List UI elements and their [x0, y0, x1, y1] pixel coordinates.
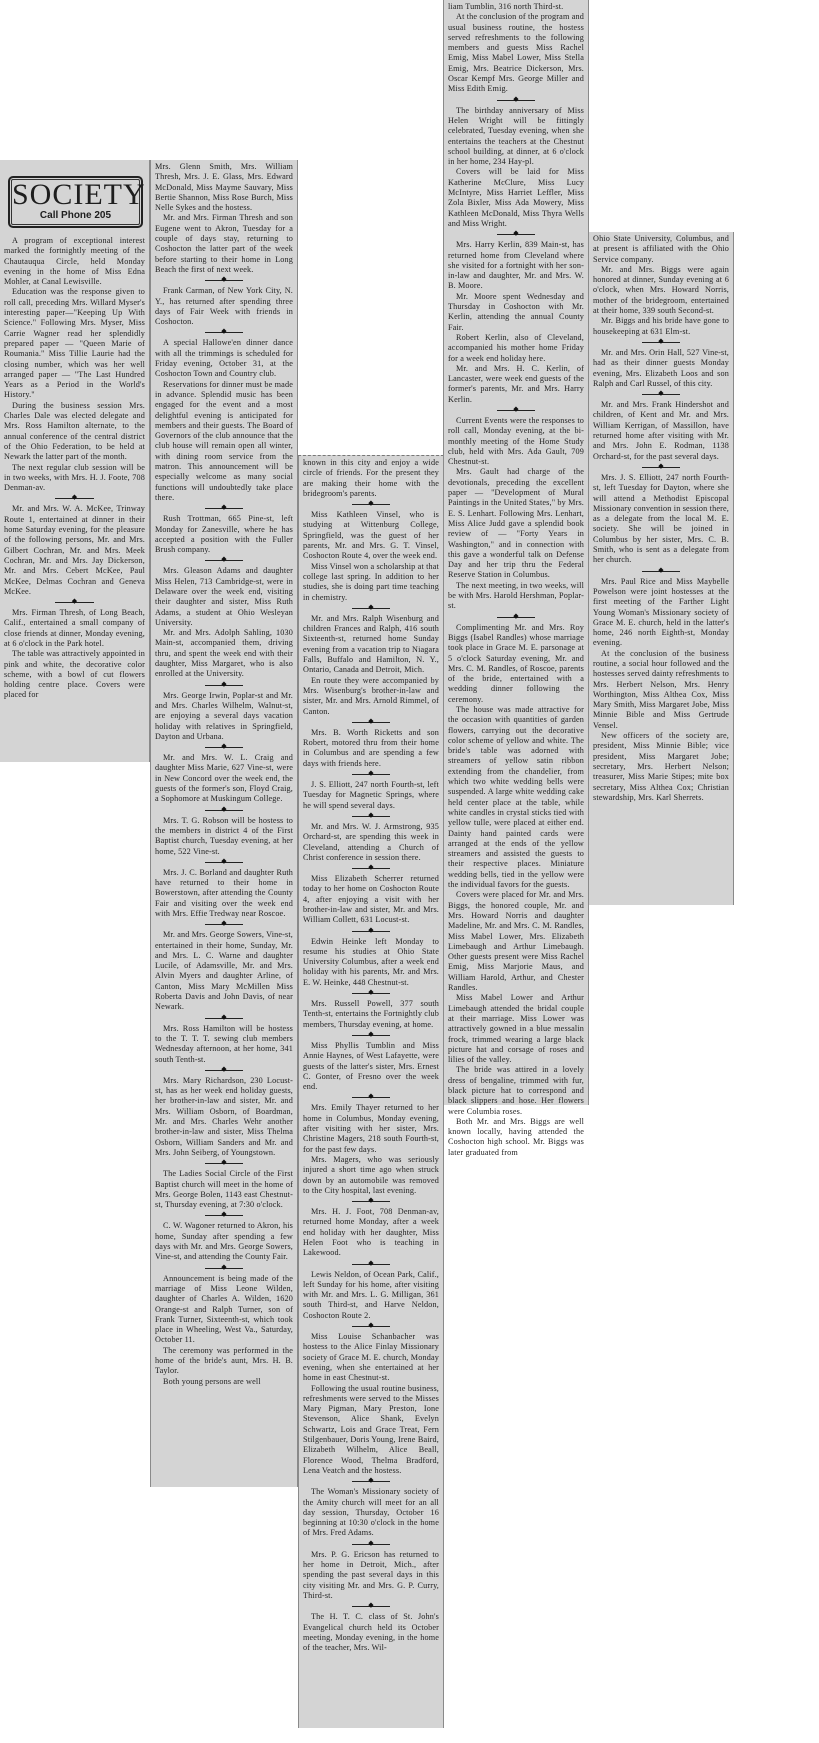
article-paragraph: Covers were placed for Mr. and Mrs. Bigg… — [448, 890, 584, 993]
article-paragraph: Miss Louise Schanbacher was hostess to t… — [303, 1332, 439, 1383]
article-separator — [448, 406, 584, 415]
article-paragraph: J. S. Elliott, 247 north Fourth-st, left… — [303, 780, 439, 811]
article-paragraph: Mr. and Mrs. Biggs were again honored at… — [593, 265, 729, 316]
article-paragraph: A program of exceptional interest marked… — [4, 236, 145, 287]
article-paragraph: Education was the response given to roll… — [4, 287, 145, 400]
article-paragraph: Mrs. Gleason Adams and daughter Miss Hel… — [155, 566, 293, 628]
article-paragraph: Mrs. Mary Richardson, 230 Locust-st, has… — [155, 1076, 293, 1158]
article-separator — [303, 1093, 439, 1102]
article-paragraph: Miss Phyllis Tumblin and Miss Annie Hayn… — [303, 1041, 439, 1092]
article-separator — [593, 338, 729, 347]
article-paragraph: Miss Elizabeth Scherrer returned today t… — [303, 874, 439, 925]
article-separator — [303, 1197, 439, 1206]
article-paragraph: C. W. Wagoner returned to Akron, his hom… — [155, 1221, 293, 1262]
article-separator — [303, 604, 439, 613]
article-paragraph: Mrs. B. Worth Ricketts and son Robert, m… — [303, 728, 439, 769]
article-paragraph: The birthday anniversary of Miss Helen W… — [448, 106, 584, 168]
column-2-body: Mrs. Glenn Smith, Mrs. William Thresh, M… — [155, 162, 293, 1387]
article-paragraph: The next regular club session will be in… — [4, 463, 145, 494]
article-paragraph: Mr. and Mrs. Firman Thresh and son Eugen… — [155, 213, 293, 275]
article-separator — [593, 567, 729, 576]
article-paragraph: Mrs. Glenn Smith, Mrs. William Thresh, M… — [155, 162, 293, 213]
article-paragraph: En route they were accompanied by Mrs. W… — [303, 676, 439, 717]
article-paragraph: The bride was attired in a lovely dress … — [448, 1065, 584, 1116]
article-paragraph: A special Hallowe'en dinner dance with a… — [155, 338, 293, 379]
article-paragraph: Mrs. P. G. Ericson has returned to her h… — [303, 1550, 439, 1601]
article-paragraph: Mr. Biggs and his bride have gone to hou… — [593, 316, 729, 337]
article-paragraph: Mrs. George Irwin, Poplar-st and Mr. and… — [155, 691, 293, 742]
article-paragraph: The table was attractively appointed in … — [4, 649, 145, 700]
article-paragraph: Ohio State University, Columbus, and at … — [593, 234, 729, 265]
column-1-body: A program of exceptional interest marked… — [4, 236, 145, 701]
article-separator — [155, 1066, 293, 1075]
article-paragraph: Mrs. Harry Kerlin, 839 Main-st, has retu… — [448, 240, 584, 291]
article-paragraph: Mrs. Firman Thresh, of Long Beach, Calif… — [4, 608, 145, 649]
column-5-body: Ohio State University, Columbus, and at … — [593, 234, 729, 803]
article-paragraph: Mr. and Mrs. W. L. Craig and daughter Mi… — [155, 753, 293, 804]
article-paragraph: Lewis Neldon, of Ocean Park, Calif., lef… — [303, 1270, 439, 1321]
article-paragraph: Mr. and Mrs. H. C. Kerlin, of Lancaster,… — [448, 364, 584, 405]
article-separator — [303, 864, 439, 873]
article-separator — [448, 613, 584, 622]
article-paragraph: liam Tumblin, 316 north Third-st. — [448, 2, 584, 12]
article-paragraph: Miss Mabel Lower and Arthur Limebaugh at… — [448, 993, 584, 1065]
article-paragraph: The Ladies Social Circle of the First Ba… — [155, 1169, 293, 1210]
article-separator — [303, 927, 439, 936]
article-separator — [593, 463, 729, 472]
column-2: Mrs. Glenn Smith, Mrs. William Thresh, M… — [150, 160, 298, 1487]
article-separator — [155, 328, 293, 337]
article-separator — [303, 500, 439, 509]
article-separator — [303, 1602, 439, 1611]
article-paragraph: Mrs. Emily Thayer returned to her home i… — [303, 1103, 439, 1154]
column-1: SOCIETY Call Phone 205 A program of exce… — [0, 160, 150, 762]
article-paragraph: The Woman's Missionary society of the Am… — [303, 1487, 439, 1538]
article-separator — [303, 770, 439, 779]
article-separator — [155, 806, 293, 815]
article-paragraph: Current Events were the responses to rol… — [448, 416, 584, 467]
article-paragraph: The ceremony was performed in the home o… — [155, 1346, 293, 1377]
article-paragraph: Miss Vinsel won a scholarship at that co… — [303, 562, 439, 603]
article-separator — [155, 1211, 293, 1220]
article-separator — [303, 1322, 439, 1331]
article-paragraph: Mr. Moore spent Wednesday and Thursday i… — [448, 292, 584, 333]
section-title: SOCIETY — [12, 180, 139, 210]
article-paragraph: Rush Trottman, 665 Pine-st, left Monday … — [155, 514, 293, 555]
article-paragraph: Mrs. T. G. Robson will be hostess to the… — [155, 816, 293, 857]
article-paragraph: Robert Kerlin, also of Cleveland, accomp… — [448, 333, 584, 364]
article-paragraph: Both Mr. and Mrs. Biggs are well known l… — [448, 1117, 584, 1158]
article-separator — [303, 1031, 439, 1040]
article-paragraph: Both young persons are well — [155, 1377, 293, 1387]
article-paragraph: Mrs. H. J. Foot, 708 Denman-av, returned… — [303, 1207, 439, 1258]
column-4-body: liam Tumblin, 316 north Third-st.At the … — [448, 2, 584, 1158]
article-separator — [303, 989, 439, 998]
article-separator — [303, 718, 439, 727]
article-paragraph: Announcement is being made of the marria… — [155, 1274, 293, 1346]
article-separator — [155, 1264, 293, 1273]
article-paragraph: At the conclusion of the program and usu… — [448, 12, 584, 94]
article-paragraph: Edwin Heinke left Monday to resume his s… — [303, 937, 439, 988]
article-separator — [448, 230, 584, 239]
article-separator — [4, 494, 145, 503]
article-paragraph: Mrs. Gault had charge of the devotionals… — [448, 467, 584, 580]
article-paragraph: Mrs. Magers, who was seriously injured a… — [303, 1155, 439, 1196]
article-paragraph: Frank Carman, of New York City, N. Y., h… — [155, 286, 293, 327]
article-separator — [303, 812, 439, 821]
article-separator — [448, 96, 584, 105]
article-separator — [303, 1540, 439, 1549]
article-separator — [155, 1014, 293, 1023]
article-paragraph: Covers will be laid for Miss Katherine M… — [448, 167, 584, 229]
article-separator — [155, 920, 293, 929]
article-paragraph: At the conclusion of the business routin… — [593, 649, 729, 731]
article-paragraph: Mrs. Russell Powell, 377 south Tenth-st,… — [303, 999, 439, 1030]
column-3: known in this city and enjoy a wide circ… — [298, 455, 444, 1728]
article-paragraph: Mrs. J. S. Elliott, 247 north Fourth-st,… — [593, 473, 729, 566]
article-paragraph: Mr. and Mrs. George Sowers, Vine-st, ent… — [155, 930, 293, 1012]
article-paragraph: Mr. and Mrs. W. J. Armstrong, 935 Orchar… — [303, 822, 439, 863]
article-separator — [155, 556, 293, 565]
article-paragraph: Mr. and Mrs. W. A. McKee, Trinway Route … — [4, 504, 145, 597]
article-separator — [303, 1477, 439, 1486]
article-paragraph: Mr. and Mrs. Adolph Sahling, 1030 Main-s… — [155, 628, 293, 679]
article-separator — [155, 1159, 293, 1168]
article-paragraph: Miss Kathleen Vinsel, who is studying at… — [303, 510, 439, 561]
article-separator — [155, 681, 293, 690]
article-separator — [155, 858, 293, 867]
article-paragraph: Mrs. Ross Hamilton will be hostess to th… — [155, 1024, 293, 1065]
call-phone-subtitle: Call Phone 205 — [12, 210, 139, 222]
article-paragraph: New officers of the society are, preside… — [593, 731, 729, 803]
article-separator — [155, 504, 293, 513]
article-separator — [593, 390, 729, 399]
article-paragraph: Reservations for dinner must be made in … — [155, 380, 293, 504]
article-paragraph: Complimenting Mr. and Mrs. Roy Biggs (Is… — [448, 623, 584, 705]
article-paragraph: known in this city and enjoy a wide circ… — [303, 458, 439, 499]
article-separator — [155, 276, 293, 285]
column-4: liam Tumblin, 316 north Third-st.At the … — [443, 0, 589, 1105]
article-paragraph: The H. T. C. class of St. John's Evangel… — [303, 1612, 439, 1653]
article-paragraph: The house was made attractive for the oc… — [448, 705, 584, 890]
article-paragraph: During the business session Mrs. Charles… — [4, 401, 145, 463]
column-3-body: known in this city and enjoy a wide circ… — [303, 458, 439, 1653]
article-paragraph: Mr. and Mrs. Orin Hall, 527 Vine-st, had… — [593, 348, 729, 389]
article-paragraph: Mrs. Paul Rice and Miss Maybelle Powelso… — [593, 577, 729, 649]
article-paragraph: Mr. and Mrs. Ralph Wisenburg and childre… — [303, 614, 439, 676]
article-paragraph: The next meeting, in two weeks, will be … — [448, 581, 584, 612]
society-masthead: SOCIETY Call Phone 205 — [8, 176, 143, 228]
article-separator — [155, 743, 293, 752]
article-separator — [303, 1260, 439, 1269]
column-5: Ohio State University, Columbus, and at … — [588, 232, 734, 905]
article-paragraph: Following the usual routine business, re… — [303, 1384, 439, 1477]
article-separator — [4, 598, 145, 607]
article-paragraph: Mrs. J. C. Borland and daughter Ruth hav… — [155, 868, 293, 919]
article-paragraph: Mr. and Mrs. Frank Hindershot and childr… — [593, 400, 729, 462]
